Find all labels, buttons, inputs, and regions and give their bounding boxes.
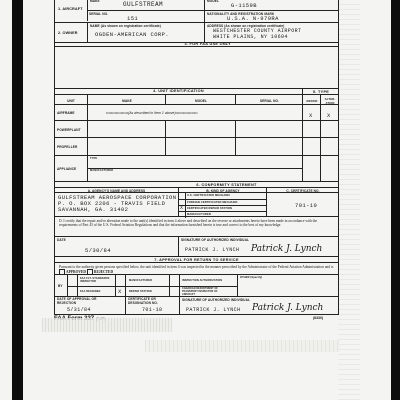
unit-id-title: 4. UNIT IDENTIFICATION <box>55 89 302 93</box>
aircraft-model: G-1159B <box>231 2 257 9</box>
airframe-alteration-mark: X <box>327 112 331 119</box>
owner-address-cell: ADDRESS (As shown on registration certif… <box>204 23 339 43</box>
appliance-repair-cell <box>302 156 321 182</box>
owner-name-cell: NAME (As shown on registration certifica… <box>87 23 205 43</box>
conformity-signer-name: PATRICK J. LYNCH <box>185 247 239 253</box>
conformity-cert-no: 701-10 <box>295 202 317 209</box>
appliance-alteration-cell <box>320 156 339 182</box>
scan-shadow <box>145 340 340 352</box>
col-repair: REPAIR <box>303 99 321 103</box>
powerplant-repair-cell <box>302 121 321 138</box>
conformity-date: 5/30/84 <box>85 247 111 254</box>
col-make: MAKE <box>88 99 166 103</box>
faa-form-337: 1. AIRCRAFT MAKE GULFSTREAM MODEL G-1159… <box>54 0 339 315</box>
propeller-model-cell <box>165 138 236 156</box>
owner-address-line2: WHITE PLAINS, NY 10604 <box>213 34 288 40</box>
col-model: MODEL <box>166 99 236 103</box>
conformity-signoff-row: DATE 5/30/84 SIGNATURE OF AUTHORIZED IND… <box>55 236 338 257</box>
kind-label-text: FOREIGN CERTIFICATED MECHANIC <box>187 201 238 204</box>
cert-no-cell: 701-10 <box>266 193 339 217</box>
unit-row-appliance: APPLIANCE TYPE MANUFACTURER <box>55 155 338 182</box>
scan-shadow <box>42 318 172 332</box>
approval-date-label: DATE OF APPROVAL OR REJECTION <box>57 298 112 305</box>
by-label: BY <box>58 284 63 288</box>
scan-edge-left <box>12 0 23 400</box>
by-option-col-2: MANUFACTURER REPAIR STATION <box>125 275 170 297</box>
airframe-description-cell: ••••••••••••••••••(As described in Item … <box>87 105 303 121</box>
kind-label-text: U.S. CERTIFICATED MECHANIC <box>187 194 230 197</box>
faa-use-area <box>55 46 338 89</box>
registration-mark: U.S.A. N-979RA <box>227 15 279 22</box>
kind-options-cell: U.S. CERTIFICATED MECHANIC FOREIGN CERTI… <box>178 193 267 217</box>
appliance-type-label: TYPE <box>90 157 97 160</box>
appliance-divider <box>88 168 303 169</box>
owner-row: 2. OWNER NAME (As shown on registration … <box>55 22 338 43</box>
make-label: MAKE <box>90 0 100 3</box>
designation-no: 701-10 <box>142 307 162 313</box>
airframe-description: ••••••••••••••••••(As described in Item … <box>106 111 198 115</box>
option-faa-designee[interactable]: FAA DESIGNEE <box>80 290 100 293</box>
approval-signature: Patrick J. Lynch <box>252 303 323 313</box>
unit-row-propeller: PROPELLER <box>55 137 338 156</box>
option-manufacturer[interactable]: MANUFACTURER <box>129 279 152 282</box>
scan-edge-right <box>391 0 400 400</box>
serial-label: SERIAL NO. <box>89 12 108 16</box>
other-specify-cell: OTHER (Specify) <box>237 275 339 297</box>
unit-row-powerplant: POWERPLANT <box>55 120 338 138</box>
option-canadian-dot-inspector[interactable]: CANADIAN DEPARTMENT OF TRANSPORT INSPECT… <box>182 287 230 296</box>
designation-cell: CERTIFICATE OR DESIGNATION NO. 701-10 <box>125 297 180 315</box>
airframe-alteration-cell: X <box>320 105 339 121</box>
by-divider <box>116 286 170 287</box>
agency-line3: SAVANNAH, GA. 31402 <box>58 206 128 213</box>
powerplant-serial-cell <box>235 121 303 138</box>
aircraft-make: GULFSTREAM <box>123 1 163 8</box>
option-inspection-authorization[interactable]: INSPECTION AUTHORIZATION <box>182 279 222 282</box>
certification-statement-row: D. I certify that the repair and/or alte… <box>55 216 338 237</box>
col-unit: UNIT <box>55 99 87 103</box>
appliance-detail-cell: TYPE MANUFACTURER <box>87 156 303 182</box>
unit-powerplant-label: POWERPLANT <box>57 128 81 132</box>
col-serial: SERIAL NO. <box>236 99 303 103</box>
approval-signature-cell: SIGNATURE OF AUTHORIZED INDIVIDUAL PATRI… <box>179 297 339 315</box>
by-option-col-3: INSPECTION AUTHORIZATION CANADIAN DEPART… <box>179 275 238 297</box>
model-label: MODEL <box>207 0 219 3</box>
approval-date: 5/31/84 <box>67 307 91 313</box>
aircraft-label: 1. AIRCRAFT <box>58 7 83 11</box>
appliance-manufacturer-label: MANUFACTURER <box>90 169 113 172</box>
propeller-repair-cell <box>302 138 321 156</box>
by-option-col-1: FAA FLT. STANDARDS INSPECTOR FAA DESIGNE… <box>77 275 116 297</box>
owner-name: OGDEN-AMERICAN CORP. <box>95 31 169 38</box>
faa-designee-mark: X <box>118 288 122 295</box>
conformity-signature-cell: SIGNATURE OF AUTHORIZED INDIVIDUAL PATRI… <box>178 237 339 257</box>
kind-label-text: CERTIFICATED REPAIR STATION <box>187 207 232 210</box>
powerplant-alteration-cell <box>320 121 339 138</box>
other-specify-label: OTHER (Specify) <box>240 276 262 279</box>
unit-airframe-label: AIRFRAME <box>57 111 75 115</box>
approval-by-row: BY FAA FLT. STANDARDS INSPECTOR FAA DESI… <box>55 274 338 297</box>
powerplant-model-cell <box>165 121 236 138</box>
airframe-repair-cell: X <box>302 105 321 121</box>
option-faa-inspector[interactable]: FAA FLT. STANDARDS INSPECTOR <box>80 277 114 283</box>
aircraft-serial: 151 <box>127 15 138 22</box>
conformity-body-row: GULFSTREAM AEROSPACE CORPORATION P. O. B… <box>55 192 338 217</box>
certification-statement: D. I certify that the repair and/or alte… <box>59 219 335 228</box>
airframe-repair-mark: X <box>309 112 313 119</box>
approval-sig-label: SIGNATURE OF AUTHORIZED INDIVIDUAL <box>182 298 250 302</box>
scan-noise <box>338 0 360 400</box>
conformity-date-label: DATE <box>57 238 66 242</box>
conformity-sig-label: SIGNATURE OF AUTHORIZED INDIVIDUAL <box>181 238 249 242</box>
approval-statement-text: Pursuant to the authority given persons … <box>59 265 333 269</box>
propeller-serial-cell <box>235 138 303 156</box>
unit-propeller-label: PROPELLER <box>57 145 77 149</box>
propeller-alteration-cell <box>320 138 339 156</box>
conformity-signature: Patrick J. Lynch <box>251 244 322 254</box>
option-repair-station[interactable]: REPAIR STATION <box>129 290 152 293</box>
by-divider <box>68 286 116 287</box>
owner-label: 2. OWNER <box>58 31 78 35</box>
approval-signoff-row: DATE OF APPROVAL OR REJECTION 5/31/84 CE… <box>55 296 338 315</box>
owner-name-label: NAME (As shown on registration certifica… <box>90 24 161 28</box>
designation-label: CERTIFICATE OR DESIGNATION NO. <box>128 298 178 305</box>
unit-row-airframe: AIRFRAME ••••••••••••••••••(As described… <box>55 104 338 121</box>
approval-signer-name: PATRICK J. LYNCH <box>186 307 240 313</box>
form-code: (8330) <box>313 316 323 320</box>
unit-appliance-label: APPLIANCE <box>57 167 76 171</box>
propeller-make-cell <box>87 138 166 156</box>
powerplant-make-cell <box>87 121 166 138</box>
